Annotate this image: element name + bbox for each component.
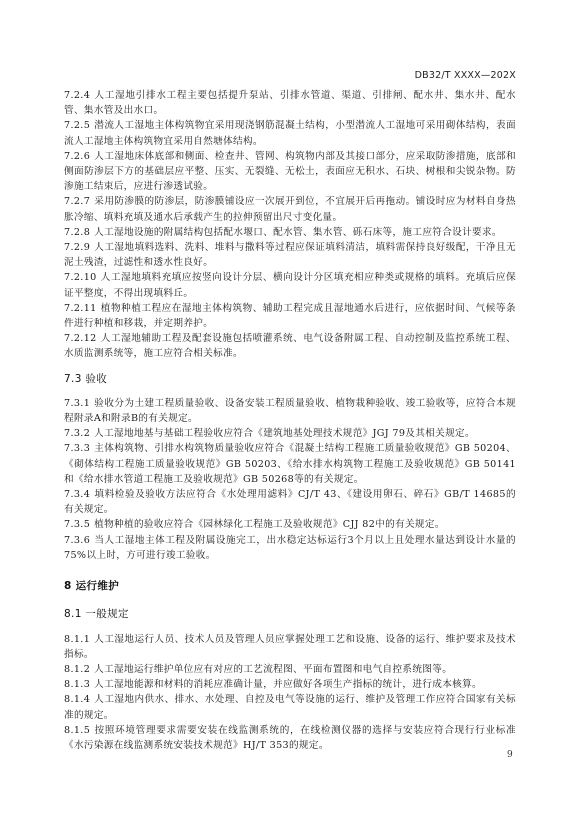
clause-number: 7.2.6 [64,151,90,162]
page-number: 9 [507,750,513,760]
clause-number: 7.3.5 [64,519,90,530]
clause-text: 潜流人工湿地主体构筑物宜采用现浇钢筋混凝土结构，小型潜流人工湿地可采用砌体结构，… [64,120,516,146]
clause-7-2-4: 7.2.4人工湿地引排水工程主要包括提升泵站、引排水管道、渠道、引排闸、配水井、… [64,88,516,118]
clause-text: 人工湿地运行维护单位应有对应的工艺流程图、平面布置图和电气自控系统图等。 [94,664,452,675]
clause-number: 7.2.5 [64,120,90,131]
clause-text: 采用防渗膜的防渗层，防渗膜铺设应一次展开到位，不宜展开后再拖动。铺设时应为材料自… [64,196,516,222]
chapter-heading-8: 8 运行维护 [64,579,516,594]
clause-number: 7.3.1 [64,398,90,409]
clause-number: 7.3.2 [64,428,90,439]
document-code-header: DB32/T XXXX—202X [415,70,516,81]
clause-text: 验收分为土建工程质量验收、设备安装工程质量验收、植物栽种验收、竣工验收等，应符合… [64,398,516,424]
section-heading-8-1: 8.1 一般规定 [64,607,516,622]
clause-number: 7.3.3 [64,443,90,454]
clause-number: 7.2.11 [64,303,97,314]
clause-8-1-2: 8.1.2人工湿地运行维护单位应有对应的工艺流程图、平面布置图和电气自控系统图等… [64,662,516,677]
clause-text: 人工湿地运行人员、技术人员及管理人员应掌握处理工艺和设施、设备的运行、维护要求及… [64,634,516,660]
clause-text: 人工湿地填料选料、洗料、堆料与撒料等过程应保证填料清洁，填料需保持良好级配，干净… [64,242,516,268]
clause-text: 人工湿地能源和材料的消耗应准确计量，并应做好各项生产指标的统计，进行成本核算。 [94,679,482,690]
clause-number: 8.1.2 [64,664,90,675]
clause-text: 人工湿地填料充填应按竖向设计分层、横向设计分区填充相应种类或规格的填料。充填后应… [64,272,516,298]
clause-7-2-10: 7.2.10人工湿地填料充填应按竖向设计分层、横向设计分区填充相应种类或规格的填… [64,270,516,300]
clause-text: 人工湿地地基与基础工程验收应符合《建筑地基处理技术规范》JGJ 79及其相关规定… [94,428,475,439]
clause-number: 8.1.1 [64,634,90,645]
clause-8-1-4: 8.1.4人工湿地内供水、排水、水处理、自控及电气等设施的运行、维护及管理工作应… [64,692,516,722]
clause-number: 8.1.3 [64,679,90,690]
clause-number: 7.2.7 [64,196,90,207]
clause-8-1-3: 8.1.3人工湿地能源和材料的消耗应准确计量，并应做好各项生产指标的统计，进行成… [64,677,516,692]
clause-number: 7.2.4 [64,90,90,101]
clause-number: 7.3.4 [64,489,90,500]
clause-7-2-12: 7.2.12人工湿地辅助工程及配套设施包括喷灌系统、电气设备附属工程、自动控制及… [64,331,516,361]
clause-text: 人工湿地床体底部和侧面、检查井、管网、构筑物内部及其接口部分，应采取防渗措施，底… [64,151,516,192]
clause-7-3-3: 7.3.3主体构筑物、引排水构筑物质量验收应符合《混凝土结构工程施工质量验收规范… [64,441,516,487]
clause-text: 填料检验及验收方法应符合《水处理用滤料》CJ/T 43、《建设用卵石、碎石》GB… [64,489,516,515]
clause-7-2-8: 7.2.8人工湿地设施的附属结构包括配水堰口、配水管、集水管、砾石床等，施工应符… [64,225,516,240]
clause-7-2-5: 7.2.5潜流人工湿地主体构筑物宜采用现浇钢筋混凝土结构，小型潜流人工湿地可采用… [64,118,516,148]
clause-7-3-6: 7.3.6当人工湿地主体工程及附属设施完工，出水稳定达标运行3个月以上且处理水量… [64,533,516,563]
clause-number: 7.2.12 [64,333,97,344]
clause-text: 按照环境管理要求需要安装在线监测系统的，在线检测仪器的选择与安装应符合现行行业标… [64,725,516,751]
clause-text: 植物种植工程应在湿地主体构筑物、辅助工程完成且湿地通水后进行，应依据时间、气候等… [64,303,516,329]
clause-number: 7.2.10 [64,272,97,283]
clause-text: 人工湿地内供水、排水、水处理、自控及电气等设施的运行、维护及管理工作应符合国家有… [64,694,516,720]
clause-7-3-1: 7.3.1验收分为土建工程质量验收、设备安装工程质量验收、植物栽种验收、竣工验收… [64,396,516,426]
clause-7-3-5: 7.3.5植物种植的验收应符合《园林绿化工程施工及验收规范》CJJ 82中的有关… [64,517,516,532]
clause-7-2-11: 7.2.11植物种植工程应在湿地主体构筑物、辅助工程完成且湿地通水后进行，应依据… [64,301,516,331]
clause-text: 当人工湿地主体工程及附属设施完工，出水稳定达标运行3个月以上且处理水量达到设计水… [64,535,516,561]
clause-7-3-2: 7.3.2人工湿地地基与基础工程验收应符合《建筑地基处理技术规范》JGJ 79及… [64,426,516,441]
clause-7-2-7: 7.2.7采用防渗膜的防渗层，防渗膜铺设应一次展开到位，不宜展开后再拖动。铺设时… [64,194,516,224]
clause-number: 7.2.9 [64,242,90,253]
clause-number: 8.1.4 [64,694,90,705]
clause-text: 人工湿地引排水工程主要包括提升泵站、引排水管道、渠道、引排闸、配水井、集水井、配… [64,90,516,116]
clause-text: 人工湿地设施的附属结构包括配水堰口、配水管、集水管、砾石床等，施工应符合设计要求… [94,227,502,238]
clause-7-2-9: 7.2.9人工湿地填料选料、洗料、堆料与撒料等过程应保证填料清洁，填料需保持良好… [64,240,516,270]
clause-text: 植物种植的验收应符合《园林绿化工程施工及验收规范》CJJ 82中的有关规定。 [94,519,445,530]
clause-7-3-4: 7.3.4填料检验及验收方法应符合《水处理用滤料》CJ/T 43、《建设用卵石、… [64,487,516,517]
clause-number: 8.1.5 [64,725,90,736]
document-body: 7.2.4人工湿地引排水工程主要包括提升泵站、引排水管道、渠道、引排闸、配水井、… [64,88,516,753]
clause-8-1-1: 8.1.1人工湿地运行人员、技术人员及管理人员应掌握处理工艺和设施、设备的运行、… [64,632,516,662]
clause-7-2-6: 7.2.6人工湿地床体底部和侧面、检查井、管网、构筑物内部及其接口部分，应采取防… [64,149,516,195]
clause-number: 7.3.6 [64,535,90,546]
clause-text: 人工湿地辅助工程及配套设施包括喷灌系统、电气设备附属工程、自动控制及监控系统工程… [64,333,516,359]
clause-text: 主体构筑物、引排水构筑物质量验收应符合《混凝土结构工程施工质量验收规范》GB 5… [64,443,516,484]
clause-8-1-5: 8.1.5按照环境管理要求需要安装在线监测系统的，在线检测仪器的选择与安装应符合… [64,723,516,753]
clause-number: 7.2.8 [64,227,90,238]
section-heading-7-3: 7.3 验收 [64,372,516,387]
